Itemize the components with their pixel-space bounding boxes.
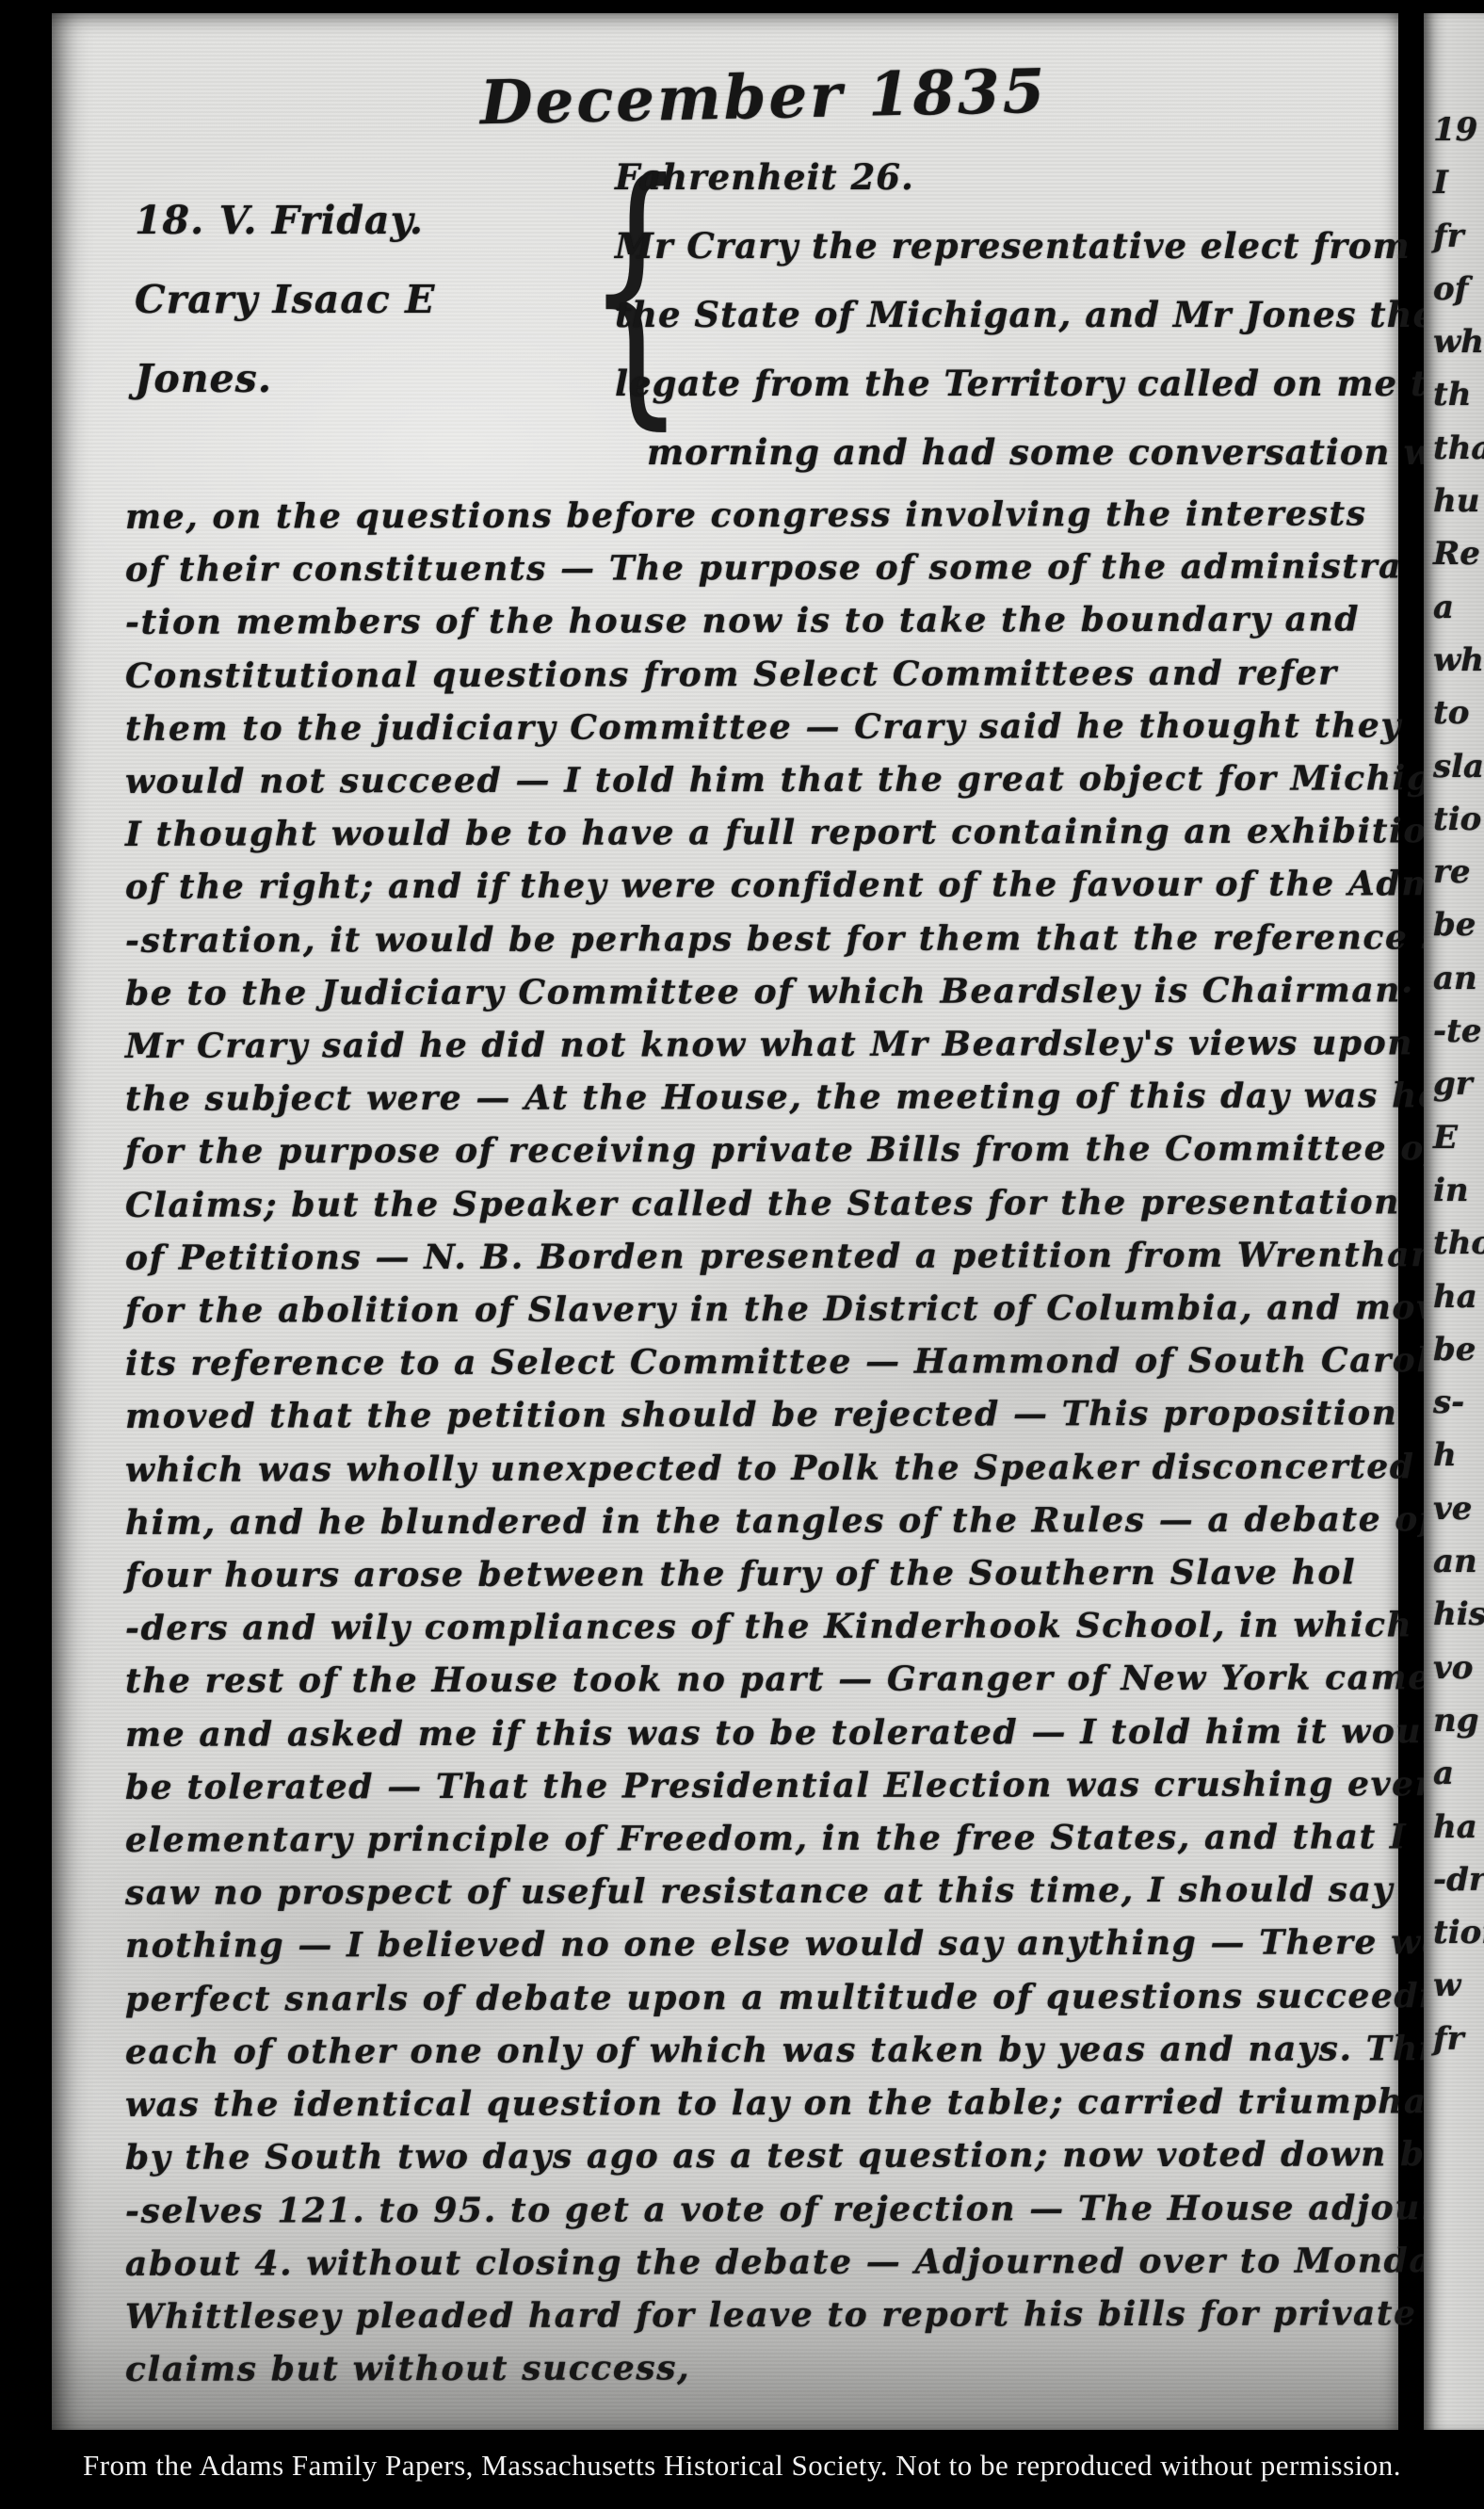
text-fragment: re xyxy=(1433,846,1484,898)
body-line: me, on the questions before congress inv… xyxy=(125,487,1445,543)
intro-line: Mr Crary the representative elect from xyxy=(615,212,1484,281)
body-line: each of other one only of which was take… xyxy=(125,2022,1445,2079)
text-fragment: th xyxy=(1433,368,1484,421)
body-line: four hours arose between the fury of the… xyxy=(125,1546,1445,1602)
body-line: nothing — I believed no one else would s… xyxy=(125,1917,1445,1973)
text-fragment: of xyxy=(1433,263,1484,316)
intro-line: morning and had some conversation with xyxy=(647,418,1484,487)
body-line: Constitutional questions from Select Com… xyxy=(125,646,1445,703)
text-fragment: ha xyxy=(1433,1271,1484,1323)
text-fragment: -dr xyxy=(1433,1853,1484,1906)
body-line: would not succeed — I told him that the … xyxy=(125,752,1445,808)
body-line: of the right; and if they were confident… xyxy=(125,858,1445,915)
body-line: -stration, it would be perhaps best for … xyxy=(125,911,1445,967)
text-fragment: gr xyxy=(1433,1058,1484,1110)
text-fragment: be xyxy=(1433,1323,1484,1376)
text-fragment: an xyxy=(1433,1535,1484,1588)
body-line: for the abolition of Slavery in the Dist… xyxy=(125,1281,1445,1337)
text-fragment: E xyxy=(1433,1111,1484,1164)
body-line: Mr Crary said he did not know what Mr Be… xyxy=(125,1016,1445,1073)
text-fragment: ve xyxy=(1433,1482,1484,1535)
archive-caption: From the Adams Family Papers, Massachuse… xyxy=(0,2449,1484,2483)
body-line: by the South two days ago as a test ques… xyxy=(125,2128,1445,2184)
text-fragment: in xyxy=(1433,1164,1484,1217)
entry-intro-block: Fahrenheit 26.Mr Crary the representativ… xyxy=(615,143,1484,487)
text-fragment: 19 xyxy=(1433,104,1484,156)
body-line: its reference to a Select Committee — Ha… xyxy=(125,1334,1445,1390)
body-line: about 4. without closing the debate — Ad… xyxy=(125,2234,1445,2290)
text-fragment: wh xyxy=(1433,316,1484,368)
body-line: Whittlesey pleaded hard for leave to rep… xyxy=(125,2287,1445,2343)
entry-month-header: December 1835 xyxy=(479,57,1048,139)
text-fragment: s- xyxy=(1433,1376,1484,1429)
body-line: them to the judiciary Committee — Crary … xyxy=(125,699,1445,755)
body-line: which was wholly unexpected to Polk the … xyxy=(125,1440,1445,1497)
intro-line: legate from the Territory called on me t… xyxy=(615,349,1484,418)
text-fragment: tha xyxy=(1433,422,1484,475)
text-fragment: Re xyxy=(1433,527,1484,580)
next-page-edge: 19IfrofwhththahuReawhtoslatiorebean-tegr… xyxy=(1424,13,1484,2430)
text-fragment: a xyxy=(1433,1747,1484,1800)
text-fragment: his xyxy=(1433,1588,1484,1641)
body-line: I thought would be to have a full report… xyxy=(125,804,1445,861)
manuscript-body: me, on the questions before congress inv… xyxy=(125,489,1445,2394)
margin-name-line-2: Jones. xyxy=(135,339,435,418)
text-fragment: tho xyxy=(1433,1217,1484,1270)
text-fragment: to xyxy=(1433,687,1484,739)
body-line: for the purpose of receiving private Bil… xyxy=(125,1123,1445,1179)
text-fragment: vo xyxy=(1433,1642,1484,1694)
body-line: perfect snarls of debate upon a multitud… xyxy=(125,1969,1445,2026)
intro-line: Fahrenheit 26. xyxy=(615,143,1484,212)
body-line: claims but without success, xyxy=(125,2339,1445,2396)
body-line: of their constituents — The purpose of s… xyxy=(125,540,1445,596)
text-fragment: be xyxy=(1433,898,1484,951)
body-line: be tolerated — That the Presidential Ele… xyxy=(125,1757,1445,1814)
body-line: -tion members of the house now is to tak… xyxy=(125,593,1445,650)
body-line: him, and he blundered in the tangles of … xyxy=(125,1493,1445,1549)
text-fragment: tion xyxy=(1433,1906,1484,1959)
body-line: Claims; but the Speaker called the State… xyxy=(125,1175,1445,1232)
body-line: -ders and wily compliances of the Kinder… xyxy=(125,1598,1445,1655)
margin-annotations: 18. V. Friday. Crary Isaac E Jones. xyxy=(135,181,435,418)
text-fragment: fr xyxy=(1433,210,1484,263)
text-fragment: -te xyxy=(1433,1005,1484,1058)
body-line: of Petitions — N. B. Borden presented a … xyxy=(125,1228,1445,1285)
manuscript-page: December 1835 18. V. Friday. Crary Isaac… xyxy=(52,13,1398,2430)
body-line: moved that the petition should be reject… xyxy=(125,1387,1445,1444)
body-line: me and asked me if this was to be tolera… xyxy=(125,1705,1445,1761)
text-fragment: tio xyxy=(1433,793,1484,846)
margin-date-line: 18. V. Friday. xyxy=(135,181,435,260)
intro-line: the State of Michigan, and Mr Jones the … xyxy=(615,281,1484,349)
text-fragment: ha xyxy=(1433,1801,1484,1853)
text-fragment: sla xyxy=(1433,740,1484,793)
body-line: the rest of the House took no part — Gra… xyxy=(125,1652,1445,1708)
next-page-text-fragments: 19IfrofwhththahuReawhtoslatiorebean-tegr… xyxy=(1424,13,1484,2065)
text-fragment: fr xyxy=(1433,2013,1484,2065)
body-line: saw no prospect of useful resistance at … xyxy=(125,1863,1445,1919)
text-fragment: w xyxy=(1433,1959,1484,2012)
text-fragment: a xyxy=(1433,581,1484,634)
text-fragment: ng xyxy=(1433,1694,1484,1747)
body-line: was the identical question to lay on the… xyxy=(125,2075,1445,2131)
text-fragment: h xyxy=(1433,1429,1484,1481)
body-line: -selves 121. to 95. to get a vote of rej… xyxy=(125,2181,1445,2238)
text-fragment: I xyxy=(1433,156,1484,209)
body-line: the subject were — At the House, the mee… xyxy=(125,1069,1445,1125)
margin-name-line-1: Crary Isaac E xyxy=(135,260,435,339)
body-line: be to the Judiciary Committee of which B… xyxy=(125,963,1445,1020)
text-fragment: hu xyxy=(1433,475,1484,527)
text-fragment: wh xyxy=(1433,634,1484,687)
body-line: elementary principle of Freedom, in the … xyxy=(125,1810,1445,1867)
text-fragment: an xyxy=(1433,952,1484,1005)
